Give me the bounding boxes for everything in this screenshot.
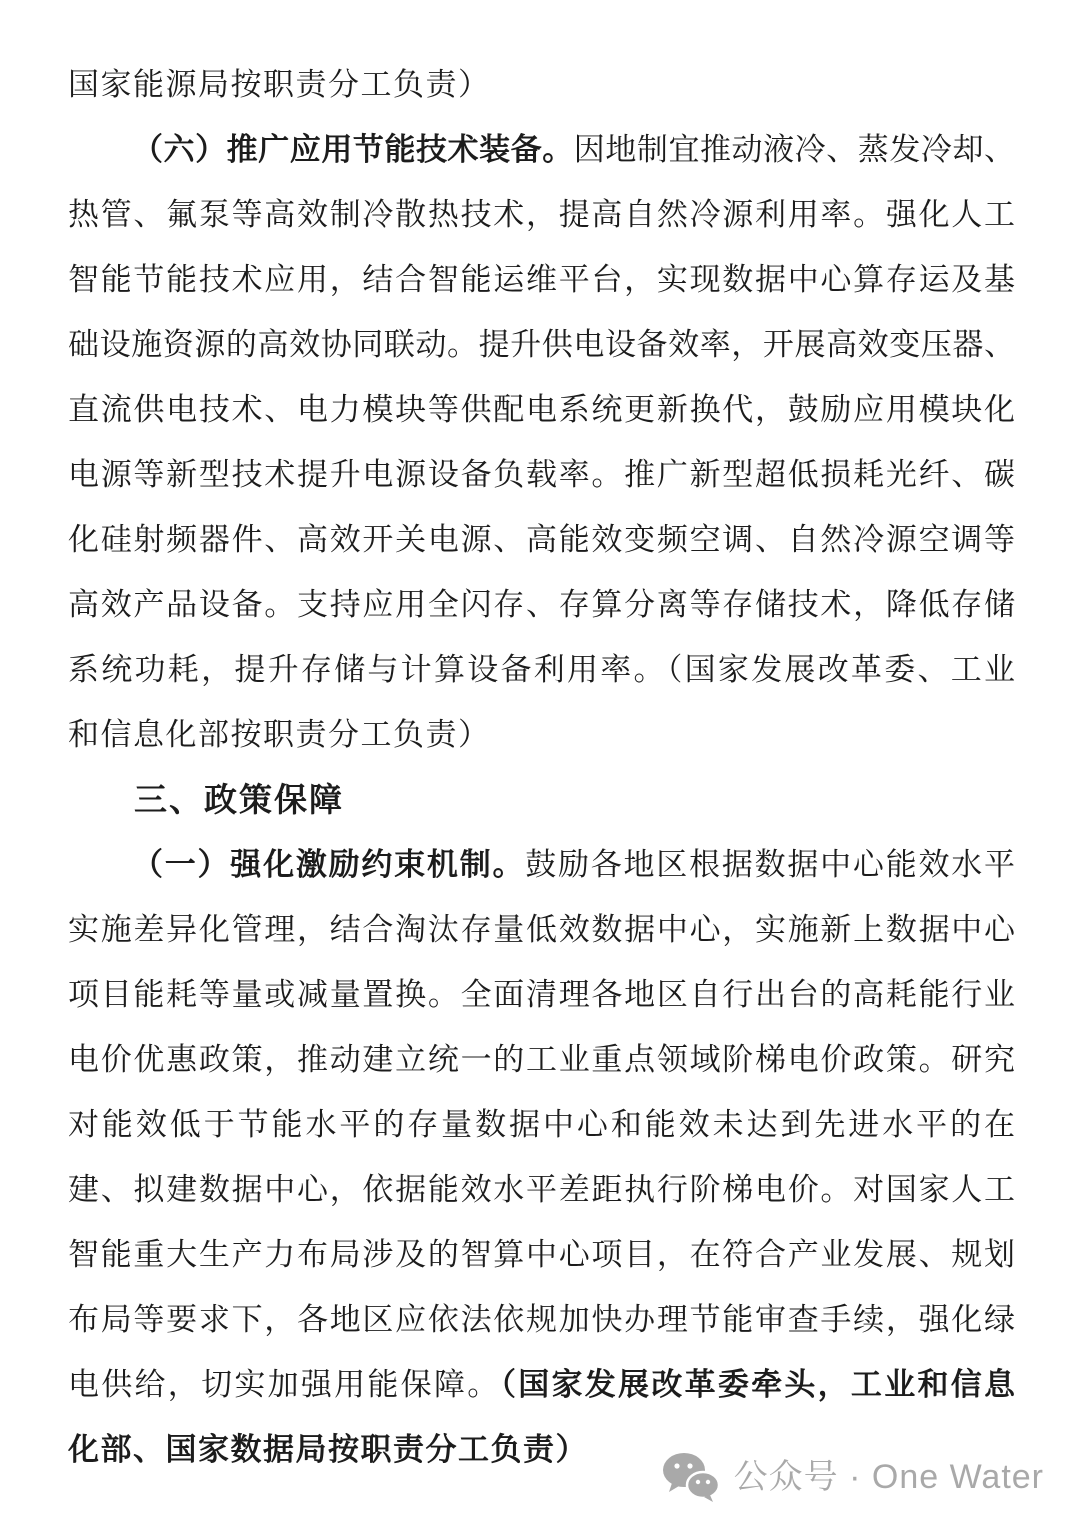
text-line: 实施差异化管理，结合淘汰存量低效数据中心，实施新上数据中心 — [68, 897, 1015, 962]
line-text: 鼓励各地区根据数据中心能效水平 — [525, 847, 1015, 882]
text-line: 国家能源局按职责分工负责） — [68, 52, 1015, 117]
line-text: 和信息化部按职责分工负责） — [68, 717, 491, 752]
line-text: 国家能源局按职责分工负责） — [68, 67, 491, 102]
text-line: 热管、氟泵等高效制冷散热技术，提高自然冷源利用率。强化人工 — [68, 182, 1015, 247]
text-line: （一）强化激励约束机制。鼓励各地区根据数据中心能效水平 — [68, 832, 1015, 897]
text-line: 智能重大生产力布局涉及的智算中心项目，在符合产业发展、规划 — [68, 1222, 1015, 1287]
text-line: （六）推广应用节能技术装备。因地制宜推动液冷、蒸发冷却、 — [68, 117, 1015, 182]
text-line: 电价优惠政策，推动建立统一的工业重点领域阶梯电价政策。研究 — [68, 1027, 1015, 1092]
line-text: 建、拟建数据中心，依据能效水平差距执行阶梯电价。对国家人工 — [68, 1172, 1015, 1207]
text-line: 建、拟建数据中心，依据能效水平差距执行阶梯电价。对国家人工 — [68, 1157, 1015, 1222]
text-line: 项目能耗等量或减量置换。全面清理各地区自行出台的高耗能行业 — [68, 962, 1015, 1027]
text-line: 直流供电技术、电力模块等供配电系统更新换代，鼓励应用模块化 — [68, 377, 1015, 442]
line-text: 实施差异化管理，结合淘汰存量低效数据中心，实施新上数据中心 — [68, 912, 1015, 947]
document-body: 国家能源局按职责分工负责） （六）推广应用节能技术装备。因地制宜推动液冷、蒸发冷… — [68, 52, 1015, 1482]
text-line: 化硅射频器件、高效开关电源、高能效变频空调、自然冷源空调等 — [68, 507, 1015, 572]
line-text: 智能节能技术应用，结合智能运维平台，实现数据中心算存运及基 — [68, 262, 1015, 297]
text-line: 础设施资源的高效协同联动。提升供电设备效率，开展高效变压器、 — [68, 312, 1015, 377]
line-text: 化硅射频器件、高效开关电源、高能效变频空调、自然冷源空调等 — [68, 522, 1015, 557]
text-line: 智能节能技术应用，结合智能运维平台，实现数据中心算存运及基 — [68, 247, 1015, 312]
paragraph-lead-bold: （一）强化激励约束机制。 — [132, 847, 525, 882]
text-line: 布局等要求下，各地区应依法依规加快办理节能审查手续，强化绿 — [68, 1287, 1015, 1352]
line-text: 热管、氟泵等高效制冷散热技术，提高自然冷源利用率。强化人工 — [68, 197, 1015, 232]
department-note-bold: 化部、国家数据局按职责分工负责） — [68, 1432, 588, 1467]
paragraph-lead-bold: （六）推广应用节能技术装备。 — [132, 132, 574, 167]
line-text: 电价优惠政策，推动建立统一的工业重点领域阶梯电价政策。研究 — [68, 1042, 1015, 1077]
text-line: 电源等新型技术提升电源设备负载率。推广新型超低损耗光纤、碳 — [68, 442, 1015, 507]
text-line: 对能效低于节能水平的存量数据中心和能效未达到先进水平的在 — [68, 1092, 1015, 1157]
department-note-bold: （国家发展改革委牵头，工业和信息 — [500, 1367, 1015, 1402]
text-line: 电供给，切实加强用能保障。（国家发展改革委牵头，工业和信息 — [68, 1352, 1015, 1417]
text-line: 和信息化部按职责分工负责） — [68, 702, 1015, 767]
line-text: 对能效低于节能水平的存量数据中心和能效未达到先进水平的在 — [68, 1107, 1015, 1142]
text-line: 高效产品设备。支持应用全闪存、存算分离等存储技术，降低存储 — [68, 572, 1015, 637]
line-text: 因地制宜推动液冷、蒸发冷却、 — [574, 132, 1015, 167]
line-text: 直流供电技术、电力模块等供配电系统更新换代，鼓励应用模块化 — [68, 392, 1015, 427]
line-text: 布局等要求下，各地区应依法依规加快办理节能审查手续，强化绿 — [68, 1302, 1015, 1337]
wechat-icon — [662, 1452, 720, 1502]
line-text: 系统功耗，提升存储与计算设备利用率。（国家发展改革委、工业 — [68, 652, 1015, 687]
text-line: 系统功耗，提升存储与计算设备利用率。（国家发展改革委、工业 — [68, 637, 1015, 702]
wechat-watermark: 公众号 · One Water — [662, 1452, 1044, 1502]
line-text: 高效产品设备。支持应用全闪存、存算分离等存储技术，降低存储 — [68, 587, 1015, 622]
line-text: 电源等新型技术提升电源设备负载率。推广新型超低损耗光纤、碳 — [68, 457, 1015, 492]
section-heading: 三、政策保障 — [68, 767, 1015, 832]
line-text: 智能重大生产力布局涉及的智算中心项目，在符合产业发展、规划 — [68, 1237, 1015, 1272]
line-text: 电供给，切实加强用能保障。 — [68, 1367, 500, 1402]
line-text: 项目能耗等量或减量置换。全面清理各地区自行出台的高耗能行业 — [68, 977, 1015, 1012]
watermark-label: 公众号 · One Water — [734, 1460, 1044, 1494]
line-text: 础设施资源的高效协同联动。提升供电设备效率，开展高效变压器、 — [68, 327, 1015, 362]
